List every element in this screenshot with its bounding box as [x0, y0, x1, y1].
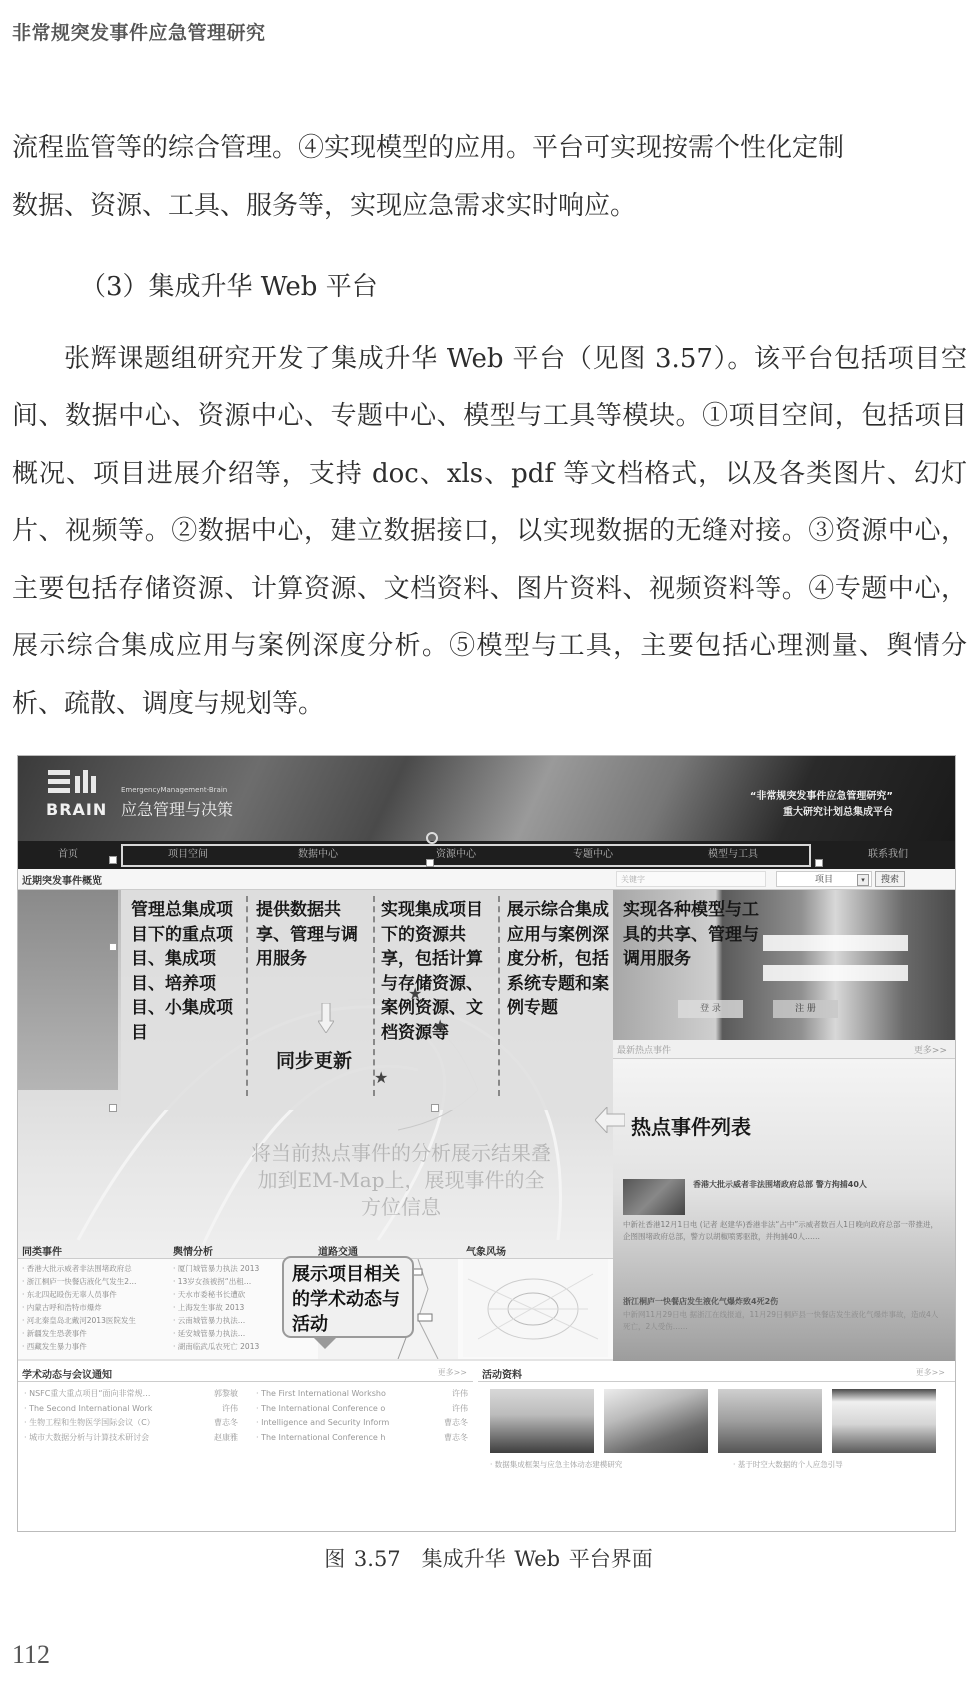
list-item[interactable]: · 河北秦皇岛北戴河2013医院发生 [22, 1314, 172, 1327]
sync-update-label: 同步更新 [276, 1046, 352, 1073]
academic-authors-left: 郭黎敏 许伟 曹志冬 赵康雅 [198, 1387, 238, 1445]
list-item[interactable]: · 内蒙古呼和浩特市爆炸 [22, 1301, 172, 1314]
selection-handle [109, 856, 117, 864]
activity-caption[interactable]: · 数据集成框架与应急主体动态建模研究 [490, 1459, 622, 1470]
list-item[interactable]: · The International Conference o [256, 1402, 421, 1417]
list-item[interactable]: · 新疆发生恐袭事件 [22, 1327, 172, 1340]
header-slogan: “非常规突发事件应急管理研究” 重大研究计划总集成平台 [750, 789, 893, 821]
paragraph-line: 流程监管等的综合管理。④实现模型的应用。平台可实现按需个性化定制 [12, 120, 967, 178]
list-item[interactable]: · 13岁女孩被拐“出租… [173, 1275, 293, 1288]
activity-photo[interactable] [832, 1389, 936, 1453]
star-marker-icon[interactable]: ★ [433, 1016, 447, 1035]
academic-authors-right: 许伟 许伟 曹志冬 曹志冬 [423, 1387, 468, 1445]
news-snippet: 中新网11月29日电 据浙江在线报道，11月29日桐庐县一快餐店发生液化气爆炸事… [623, 1309, 943, 1333]
selection-handle [109, 943, 117, 951]
list-item[interactable]: · 香港大批示威者非法围堵政府总 [22, 1262, 172, 1275]
opinion-list: · 厦门城管暴力执法 2013 · 13岁女孩被拐“出租… · 天水市委秘书长遭… [173, 1262, 293, 1353]
selection-handle [815, 859, 823, 867]
login-button[interactable]: 登 录 [678, 1000, 743, 1018]
nav-contact[interactable]: 联系我们 [828, 841, 948, 869]
right-panel: 实现各种模型与工具的共享、管理与调用服务 登 录 注 册 最新热点事件 更多>>… [613, 890, 955, 1290]
bottom-section: 学术动态与会议通知 更多>> · NSFC重大重点项目“面向非常规… · The… [18, 1361, 955, 1531]
list-item[interactable]: · 东北四起殴伤无辜人员事件 [22, 1288, 172, 1301]
selection-handle [426, 859, 434, 867]
list-item[interactable]: · The Second International Work [24, 1402, 184, 1417]
selection-frame [121, 844, 811, 867]
activity-photo[interactable] [604, 1389, 708, 1453]
news-title[interactable]: 浙江桐庐一快餐店发生液化气爆炸致4死2伤 [623, 1296, 943, 1308]
author: 许伟 [423, 1402, 468, 1417]
nav-home[interactable]: 首页 [18, 841, 118, 869]
ghost-overlay-text: 将当前热点事件的分析展示结果叠加到EM-Map上，展现事件的全方位信息 [251, 1140, 551, 1221]
divider [246, 896, 248, 1096]
logo-text: BRAIN [46, 800, 107, 819]
activity-photo[interactable] [490, 1389, 594, 1453]
list-item[interactable]: · 湖南临武瓜农死亡 2013 [173, 1340, 293, 1353]
paragraph: 张辉课题组研究开发了集成升华 Web 平台（见图 3.57）。该平台包括项目空间… [12, 331, 967, 734]
select-value: 项目 [815, 875, 833, 885]
category-select[interactable]: 项目 ▾ [776, 871, 872, 887]
password-field[interactable] [763, 965, 908, 981]
list-item[interactable]: · 城市大数据分析与计算技术研讨会 [24, 1431, 184, 1446]
activities-header: 活动资料 更多>> [478, 1363, 955, 1382]
list-item[interactable]: · 西藏发生暴力事件 [22, 1340, 172, 1353]
brand-title: 应急管理与决策 [121, 797, 233, 820]
slogan-line: “非常规突发事件应急管理研究” [750, 789, 893, 805]
divider [373, 896, 375, 1096]
news-thumbnail[interactable] [623, 1179, 685, 1215]
site-header-banner: BRAIN EmergencyManagement-Brain 应急管理与决策 … [18, 756, 955, 841]
list-item[interactable]: · 天水市委秘书长遭砍 [173, 1288, 293, 1301]
callout-tail [313, 1337, 337, 1349]
author: 曹志冬 [423, 1431, 468, 1446]
slogan-line: 重大研究计划总集成平台 [750, 805, 893, 821]
overview-title: 近期突发事件概览 [22, 872, 102, 887]
register-button[interactable]: 注 册 [773, 1000, 838, 1018]
list-item[interactable]: · 延安城管暴力执法… [173, 1327, 293, 1340]
section-subheading: （3）集成升华 Web 平台 [12, 259, 967, 317]
em-brain-logo-icon [48, 770, 100, 796]
selection-handle [109, 1104, 117, 1112]
map-left-strip [18, 890, 118, 1090]
hot-list-annotation: 热点事件列表 [631, 1111, 751, 1140]
figure-web-platform-screenshot: BRAIN EmergencyManagement-Brain 应急管理与决策 … [17, 755, 956, 1532]
list-item[interactable]: · 上海发生事故 2013 [173, 1301, 293, 1314]
category-opinion-analysis[interactable]: 舆情分析 [173, 1243, 213, 1258]
body-text: 流程监管等的综合管理。④实现模型的应用。平台可实现按需个性化定制 数据、资源、工… [12, 120, 967, 733]
module-annotation-box: 管理总集成项目下的重点项目、集成项目、培养项目、小集成项目 提供数据共享、管理与… [121, 890, 613, 1110]
activities-more-link[interactable]: 更多>> [916, 1367, 945, 1378]
divider [498, 896, 500, 1096]
activity-photo[interactable] [718, 1389, 822, 1453]
list-item[interactable]: · The First International Worksho [256, 1387, 421, 1402]
author: 曹志冬 [198, 1416, 238, 1431]
list-item[interactable]: · 厦门城管暴力执法 2013 [173, 1262, 293, 1275]
star-marker-icon[interactable]: ★ [374, 1068, 388, 1087]
arrow-left-icon [595, 1107, 625, 1133]
author: 郭黎敏 [198, 1387, 238, 1402]
hot-events-more-link[interactable]: 更多>> [914, 1043, 947, 1056]
chevron-down-icon: ▾ [857, 874, 869, 886]
academic-header: 学术动态与会议通知 更多>> [18, 1363, 473, 1382]
academic-callout: 展示项目相关的学术动态与活动 [282, 1256, 414, 1338]
author: 曹志冬 [423, 1416, 468, 1431]
arrow-down-icon [318, 1003, 334, 1033]
hot-events-header: 最新热点事件 更多>> [613, 1040, 955, 1059]
keyword-search-input[interactable]: 关键字 [616, 871, 766, 887]
list-item[interactable]: · 云南城管暴力执法… [173, 1314, 293, 1327]
category-weather-wind[interactable]: 气象风场 [466, 1243, 506, 1258]
login-banner-image: 实现各种模型与工具的共享、管理与调用服务 登 录 注 册 [613, 890, 955, 1040]
academic-list-right: · The First International Worksho · The … [256, 1387, 421, 1445]
figure-caption: 图 3.57 集成升华 Web 平台界面 [0, 1543, 977, 1573]
list-item[interactable]: · 浙江桐庐一快餐店液化气发生2… [22, 1275, 172, 1288]
news-title[interactable]: 香港大批示威者非法围堵政府总部 警方拘捕40人 [693, 1179, 943, 1191]
selection-handle [431, 1104, 439, 1112]
author: 许伟 [198, 1402, 238, 1417]
academic-title: 学术动态与会议通知 [22, 1366, 112, 1381]
username-field[interactable] [763, 935, 908, 951]
annotation-topic-center: 展示综合集成应用与案例深度分析，包括系统专题和案例专题 [507, 898, 615, 1021]
logo-subtitle: EmergencyManagement-Brain [121, 786, 227, 794]
author: 赵康雅 [198, 1431, 238, 1446]
list-item[interactable]: · 生物工程和生物医学国际会议（C） [24, 1416, 184, 1431]
news-snippet: 中新社香港12月1日电 (记者 赵建华)香港非法“占中”示威者数百人1日晚向政府… [623, 1219, 943, 1243]
activity-caption[interactable]: · 基于时空大数据的个人应急引导 [733, 1459, 843, 1470]
activities-title: 活动资料 [482, 1366, 522, 1381]
hot-events-title: 最新热点事件 [617, 1043, 671, 1056]
annotation-data-center: 提供数据共享、管理与调用服务 [256, 898, 364, 972]
annotation-models-tools: 实现各种模型与工具的共享、管理与调用服务 [623, 898, 763, 972]
author: 许伟 [423, 1387, 468, 1402]
rotate-handle-icon [426, 832, 438, 844]
academic-list-left: · NSFC重大重点项目“面向非常规… · The Second Interna… [24, 1387, 184, 1445]
category-similar-events[interactable]: 同类事件 [22, 1243, 62, 1258]
star-marker-icon[interactable]: ★ [408, 984, 422, 1003]
page-number: 112 [12, 1640, 50, 1670]
running-head: 非常规突发事件应急管理研究 [12, 18, 266, 45]
search-button[interactable]: 搜索 [875, 871, 905, 887]
annotation-project-space: 管理总集成项目下的重点项目、集成项目、培养项目、小集成项目 [131, 898, 239, 1045]
similar-events-list: · 香港大批示威者非法围堵政府总 · 浙江桐庐一快餐店液化气发生2… · 东北四… [22, 1262, 172, 1353]
list-item[interactable]: · The International Conference h [256, 1431, 421, 1446]
academic-more-link[interactable]: 更多>> [438, 1367, 467, 1378]
paragraph-line: 数据、资源、工具、服务等，实现应急需求实时响应。 [12, 178, 967, 236]
list-item[interactable]: · NSFC重大重点项目“面向非常规… [24, 1387, 184, 1402]
list-item[interactable]: · Intelligence and Security Inform [256, 1416, 421, 1431]
